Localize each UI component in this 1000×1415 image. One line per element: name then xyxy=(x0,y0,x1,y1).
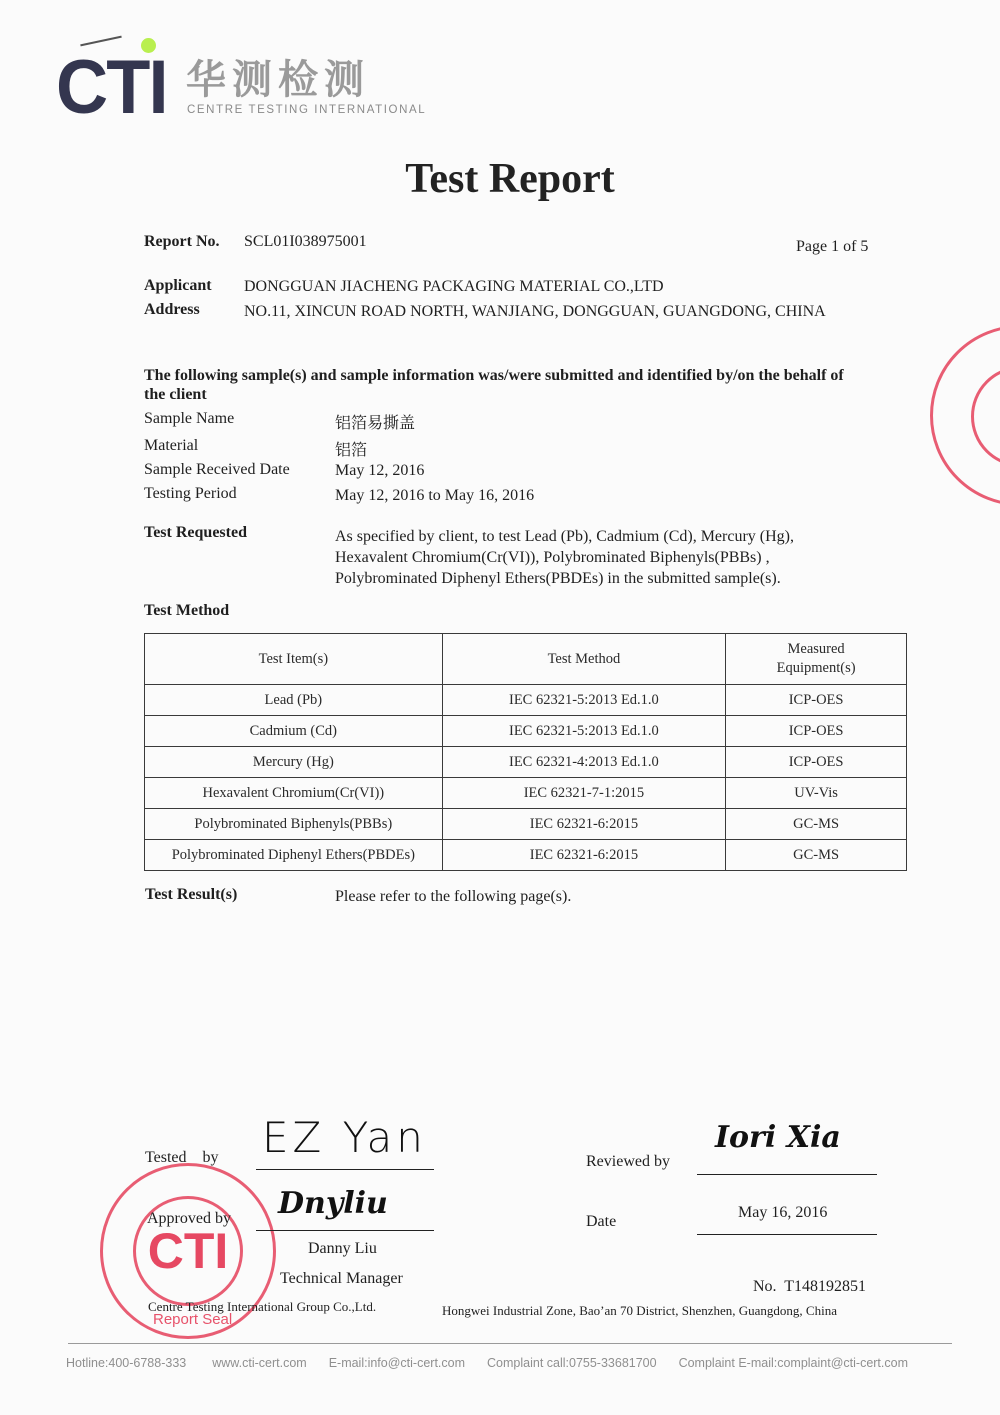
table-row: Cadmium (Cd)IEC 62321-5:2013 Ed.1.0ICP-O… xyxy=(145,716,907,747)
cell-test-item: Mercury (Hg) xyxy=(145,747,443,778)
testing-period-label: Testing Period xyxy=(144,485,237,503)
footer-hotline: Hotline:400-6788-333 xyxy=(66,1356,186,1370)
approved-by-line xyxy=(256,1230,434,1231)
sample-name-label: Sample Name xyxy=(144,410,234,428)
table-row: Lead (Pb)IEC 62321-5:2013 Ed.1.0ICP-OES xyxy=(145,685,907,716)
cell-test-method: IEC 62321-7-1:2015 xyxy=(442,778,726,809)
column-header-equipment: MeasuredEquipment(s) xyxy=(726,634,907,685)
table-row: Hexavalent Chromium(Cr(VI))IEC 62321-7-1… xyxy=(145,778,907,809)
cell-test-item: Hexavalent Chromium(Cr(VI)) xyxy=(145,778,443,809)
footer: Hotline:400-6788-333 www.cti-cert.com E-… xyxy=(66,1356,966,1370)
address-label: Address xyxy=(144,301,200,319)
footer-complaint-call: Complaint call:0755-33681700 xyxy=(487,1356,657,1370)
test-requested-label: Test Requested xyxy=(144,524,247,542)
table-row: Polybrominated Biphenyls(PBBs)IEC 62321-… xyxy=(145,809,907,840)
cell-test-method: IEC 62321-4:2013 Ed.1.0 xyxy=(442,747,726,778)
side-seal xyxy=(930,325,1000,506)
cell-equipment: GC-MS xyxy=(726,840,907,871)
cell-equipment: ICP-OES xyxy=(726,747,907,778)
test-requested-line: Hexavalent Chromium(Cr(VI)), Polybromina… xyxy=(335,547,794,568)
side-seal-inner-ring xyxy=(971,366,1000,467)
cell-test-method: IEC 62321-6:2015 xyxy=(442,840,726,871)
cell-equipment: GC-MS xyxy=(726,809,907,840)
test-result-value: Please refer to the following page(s). xyxy=(335,888,571,906)
date-line xyxy=(697,1234,877,1235)
table-row: Polybrominated Diphenyl Ethers(PBDEs)IEC… xyxy=(145,840,907,871)
address-value: NO.11, XINCUN ROAD NORTH, WANJIANG, DONG… xyxy=(244,303,826,321)
applicant-value: DONGGUAN JIACHENG PACKAGING MATERIAL CO.… xyxy=(244,278,664,296)
received-date-label: Sample Received Date xyxy=(144,461,290,479)
material-label: Material xyxy=(144,437,198,455)
page-title: Test Report xyxy=(0,155,1000,203)
cell-test-item: Cadmium (Cd) xyxy=(145,716,443,747)
table-row: Mercury (Hg)IEC 62321-4:2013 Ed.1.0ICP-O… xyxy=(145,747,907,778)
applicant-label: Applicant xyxy=(144,277,212,295)
sample-intro: The following sample(s) and sample infor… xyxy=(144,366,864,404)
cell-test-method: IEC 62321-5:2013 Ed.1.0 xyxy=(442,685,726,716)
certificate-number: No. T148192851 xyxy=(753,1278,866,1296)
table-header-row: Test Item(s) Test Method MeasuredEquipme… xyxy=(145,634,907,685)
test-method-label: Test Method xyxy=(144,602,229,620)
approved-by-signature: Dnyliu xyxy=(278,1186,388,1221)
cell-test-method: IEC 62321-6:2015 xyxy=(442,809,726,840)
received-date-value: May 12, 2016 xyxy=(335,462,424,480)
test-method-table: Test Item(s) Test Method MeasuredEquipme… xyxy=(144,633,907,871)
test-requested-text: As specified by client, to test Lead (Pb… xyxy=(335,526,794,589)
tested-by-signature: EZ Yan xyxy=(262,1113,427,1162)
cell-test-item: Polybrominated Diphenyl Ethers(PBDEs) xyxy=(145,840,443,871)
tested-by-label: Tested by xyxy=(145,1149,219,1167)
date-label: Date xyxy=(586,1213,616,1231)
cell-test-method: IEC 62321-5:2013 Ed.1.0 xyxy=(442,716,726,747)
column-header-test-item: Test Item(s) xyxy=(145,634,443,685)
approved-by-label: Approved by xyxy=(147,1210,231,1228)
approver-name: Danny Liu xyxy=(308,1240,377,1258)
footer-website[interactable]: www.cti-cert.com xyxy=(212,1356,306,1370)
cti-logo: CTI xyxy=(56,50,167,126)
footer-divider xyxy=(68,1343,952,1344)
date-value: May 16, 2016 xyxy=(738,1204,827,1222)
cell-equipment: UV-Vis xyxy=(726,778,907,809)
footer-email[interactable]: E-mail:info@cti-cert.com xyxy=(329,1356,465,1370)
cell-equipment: ICP-OES xyxy=(726,716,907,747)
reviewed-by-line xyxy=(697,1174,877,1175)
tested-by-line xyxy=(256,1169,434,1170)
logo-english-name: CENTRE TESTING INTERNATIONAL xyxy=(187,104,426,116)
footer-complaint-email[interactable]: Complaint E-mail:complaint@cti-cert.com xyxy=(679,1356,908,1370)
company-address: Hongwei Industrial Zone, Bao’an 70 Distr… xyxy=(442,1303,837,1319)
test-requested-line: Polybrominated Diphenyl Ethers(PBDEs) in… xyxy=(335,568,794,589)
material-value: 铝箔 xyxy=(335,437,367,460)
column-header-test-method: Test Method xyxy=(442,634,726,685)
test-result-label: Test Result(s) xyxy=(145,886,237,904)
report-no: SCL01I038975001 xyxy=(244,233,367,251)
sample-name-value: 铝箔易撕盖 xyxy=(335,410,415,433)
test-requested-line: As specified by client, to test Lead (Pb… xyxy=(335,526,794,547)
testing-period-value: May 12, 2016 to May 16, 2016 xyxy=(335,487,534,505)
company-name: Centre Testing International Group Co.,L… xyxy=(148,1299,376,1315)
cell-test-item: Lead (Pb) xyxy=(145,685,443,716)
logo-chinese-name: 华测检测 xyxy=(186,60,370,100)
approver-title: Technical Manager xyxy=(280,1270,403,1288)
page-indicator: Page 1 of 5 xyxy=(796,238,868,256)
report-no-label: Report No. xyxy=(144,233,220,251)
reviewed-by-signature: Iori Xia xyxy=(715,1120,841,1155)
cell-equipment: ICP-OES xyxy=(726,685,907,716)
reviewed-by-label: Reviewed by xyxy=(586,1153,670,1171)
cell-test-item: Polybrominated Biphenyls(PBBs) xyxy=(145,809,443,840)
